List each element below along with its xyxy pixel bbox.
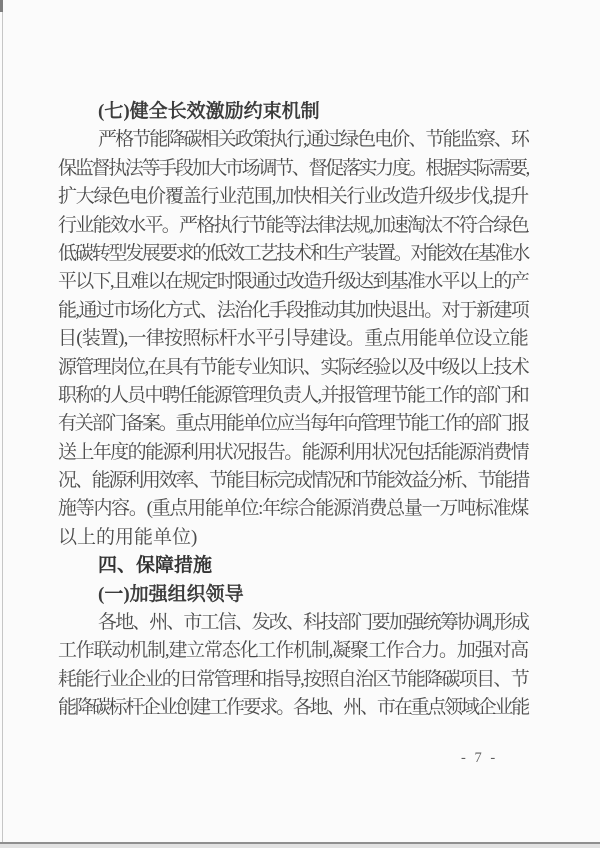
paragraph-line: 源管理岗位,在具有节能专业知识、实际经验以及中级以上技术 xyxy=(58,354,528,382)
subsection-heading-4-1: (一)加强组织领导 xyxy=(58,581,528,609)
scan-bottom-edge-artifact xyxy=(0,842,600,848)
paragraph-line: 扩大绿色电价覆盖行业范围,加快相关行业改造升级步伐,提升 xyxy=(58,183,528,211)
paragraph-line: 目(装置),一律按照标杆水平引导建设。重点用能单位设立能 xyxy=(58,325,528,353)
section-heading-4: 四、保障措施 xyxy=(58,552,528,580)
paragraph-line: 严格节能降碳相关政策执行,通过绿色电价、节能监察、环 xyxy=(58,126,528,154)
document-body: (七)健全长效激励约束机制 严格节能降碳相关政策执行,通过绿色电价、节能监察、环… xyxy=(58,98,528,723)
paragraph-line: 能降碳标杆企业创建工作要求。各地、州、市在重点领域企业能 xyxy=(58,694,528,722)
scanned-document-page: (七)健全长效激励约束机制 严格节能降碳相关政策执行,通过绿色电价、节能监察、环… xyxy=(0,0,600,848)
paragraph-line: 以上的用能单位) xyxy=(58,524,528,552)
paragraph-line: 各地、州、市工信、发改、科技部门要加强统筹协调,形成 xyxy=(58,609,528,637)
paragraph-line: 平以下,且难以在规定时限通过改造升级达到基准水平以上的产 xyxy=(58,268,528,296)
paragraph-line: 能,通过市场化方式、法治化手段推动其加快退出。对于新建项 xyxy=(58,297,528,325)
paragraph-line: 工作联动机制,建立常态化工作机制,凝聚工作合力。加强对高 xyxy=(58,637,528,665)
paragraph-line: 行业能效水平。严格执行节能等法律法规,加速淘汰不符合绿色 xyxy=(58,212,528,240)
page-number: - 7 - xyxy=(461,750,498,767)
paragraph-line: 施等内容。(重点用能单位:年综合能源消费总量一万吨标准煤 xyxy=(58,495,528,523)
scan-left-edge-artifact xyxy=(2,0,3,842)
section-heading-7: (七)健全长效激励约束机制 xyxy=(58,98,528,126)
paragraph-line: 低碳转型发展要求的低效工艺技术和生产装置。对能效在基准水 xyxy=(58,240,528,268)
paragraph-line: 况、能源利用效率、节能目标完成情况和节能效益分析、节能措 xyxy=(58,467,528,495)
paragraph-line: 耗能行业企业的日常管理和指导,按照自治区节能降碳项目、节 xyxy=(58,666,528,694)
scan-corner-artifact xyxy=(0,0,3,12)
paragraph-line: 送上年度的能源利用状况报告。能源利用状况包括能源消费情 xyxy=(58,439,528,467)
paragraph-line: 有关部门备案。重点用能单位应当每年向管理节能工作的部门报 xyxy=(58,410,528,438)
paragraph-line: 职称的人员中聘任能源管理负责人,并报管理节能工作的部门和 xyxy=(58,382,528,410)
paragraph-line: 保监督执法等手段加大市场调节、督促落实力度。根据实际需要, xyxy=(58,155,528,183)
